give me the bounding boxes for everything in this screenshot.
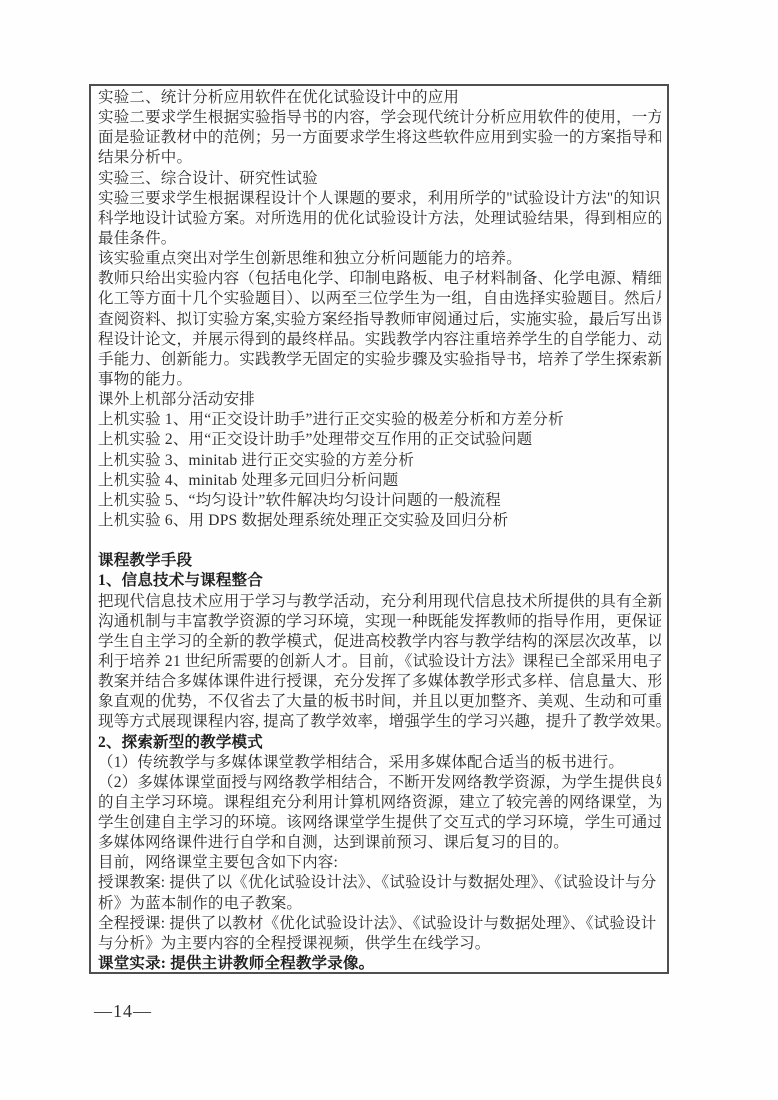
text-line: 象直观的优势，不仅省去了大量的板书时间，并且以更加整齐、美观、生动和可重 (98, 692, 661, 712)
text-line: 上机实验 6、用 DPS 数据处理系统处理正交实验及回归分析 (98, 511, 661, 531)
text-lines-container: 实验二、统计分析应用软件在优化试验设计中的应用实验二要求学生根据实验指导书的内容… (98, 88, 661, 974)
text-line: 现等方式展现课程内容, 提高了教学效率，增强学生的学习兴趣，提升了教学效果。 (98, 712, 661, 732)
text-line: 课程教学手段 (98, 551, 661, 571)
text-line: 实验二、统计分析应用软件在优化试验设计中的应用 (98, 88, 661, 108)
text-line: 课外上机部分活动安排 (98, 390, 661, 410)
text-line: 课堂实录: 提供主讲教师全程教学录像。 (98, 954, 661, 974)
text-line: 目前，网络课堂主要包含如下内容: (98, 853, 661, 873)
text-line: 把现代信息技术应用于学习与教学活动，充分利用现代信息技术所提供的具有全新 (98, 592, 661, 612)
page-number: —14— (94, 1001, 152, 1022)
text-line: 授课教案: 提供了以《优化试验设计法》、《试验设计与数据处理》、《试验设计与分 (98, 873, 661, 893)
text-line: （2）多媒体课堂面授与网络教学相结合，不断开发网络教学资源，为学生提供良好 (98, 773, 661, 793)
text-line: （1）传统教学与多媒体课堂教学相结合，采用多媒体配合适当的板书进行。 (98, 753, 661, 773)
text-line: 化工等方面十几个实验题目）、以两至三位学生为一组，自由选择实验题目。然后从 (98, 289, 661, 309)
text-line: 教师只给出实验内容（包括电化学、印制电路板、电子材料制备、化学电源、精细 (98, 269, 661, 289)
text-line: 利于培养 21 世纪所需要的创新人才。目前，《试验设计方法》课程已全部采用电子 (98, 652, 661, 672)
text-line: 2、探索新型的教学模式 (98, 733, 661, 753)
text-line: 的自主学习环境。课程组充分利用计算机网络资源，建立了较完善的网络课堂，为 (98, 793, 661, 813)
text-line: 查阅资料、拟订实验方案,实验方案经指导教师审阅通过后，实施实验，最后写出课 (98, 310, 661, 330)
text-line: 手能力、创新能力。实践教学无固定的实验步骤及实验指导书，培养了学生探索新 (98, 350, 661, 370)
text-line: 结果分析中。 (98, 148, 661, 168)
text-line: 多媒体网络课件进行自学和自测，达到课前预习、课后复习的目的。 (98, 833, 661, 853)
text-line: 上机实验 2、用“正交设计助手”处理带交互作用的正交试验问题 (98, 430, 661, 450)
text-line: 实验三要求学生根据课程设计个人课题的要求，利用所学的"试验设计方法"的知识， (98, 189, 661, 209)
text-line: 实验二要求学生根据实验指导书的内容，学会现代统计分析应用软件的使用，一方 (98, 108, 661, 128)
text-line (98, 531, 661, 551)
text-line: 上机实验 5、“均匀设计”软件解决均匀设计问题的一般流程 (98, 491, 661, 511)
text-line: 事物的能力。 (98, 370, 661, 390)
text-line: 程设计论文，并展示得到的最终样品。实践教学内容注重培养学生的自学能力、动 (98, 330, 661, 350)
text-line: 教案并结合多媒体课件进行授课，充分发挥了多媒体教学形式多样、信息量大、形 (98, 672, 661, 692)
text-line: 科学地设计试验方案。对所选用的优化试验设计方法，处理试验结果，得到相应的 (98, 209, 661, 229)
text-line: 1、信息技术与课程整合 (98, 571, 661, 591)
text-line: 沟通机制与丰富教学资源的学习环境，实现一种既能发挥教师的指导作用，更保证 (98, 612, 661, 632)
table-cell-border: 实验二、统计分析应用软件在优化试验设计中的应用实验二要求学生根据实验指导书的内容… (89, 84, 669, 974)
text-line: 与分析》为主要内容的全程授课视频，供学生在线学习。 (98, 934, 661, 954)
text-line: 实验三、综合设计、研究性试验 (98, 169, 661, 189)
text-line: 最佳条件。 (98, 229, 661, 249)
text-line: 学生自主学习的全新的教学模式，促进高校教学内容与教学结构的深层次改革，以 (98, 632, 661, 652)
text-line: 学生创建自主学习的环境。该网络课堂学生提供了交互式的学习环境，学生可通过 (98, 813, 661, 833)
text-line: 上机实验 4、minitab 处理多元回归分析问题 (98, 471, 661, 491)
text-line: 上机实验 1、用“正交设计助手”进行正交实验的极差分析和方差分析 (98, 410, 661, 430)
document-page: 实验二、统计分析应用软件在优化试验设计中的应用实验二要求学生根据实验指导书的内容… (0, 0, 778, 1100)
text-line: 上机实验 3、minitab 进行正交实验的方差分析 (98, 451, 661, 471)
text-line: 面是验证教材中的范例；另一方面要求学生将这些软件应用到实验一的方案指导和 (98, 128, 661, 148)
text-line: 全程授课: 提供了以教材《优化试验设计法》、《试验设计与数据处理》、《试验设计 (98, 914, 661, 934)
text-line: 析》为蓝本制作的电子教案。 (98, 894, 661, 914)
text-line: 该实验重点突出对学生创新思维和独立分析问题能力的培养。 (98, 249, 661, 269)
